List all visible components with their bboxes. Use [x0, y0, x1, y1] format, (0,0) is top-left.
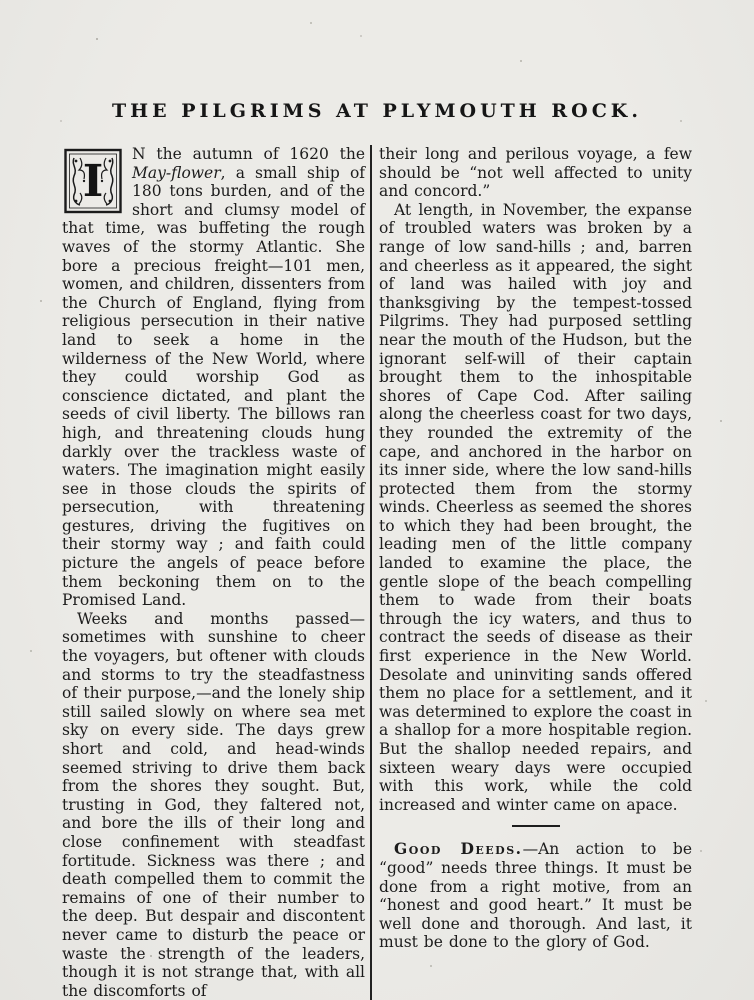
paragraph-1-lead: N the autumn of 1620 the [132, 145, 365, 163]
left-column: I N the autumn of 1620 the May-flower, a… [62, 145, 365, 1000]
ornate-dropcap-initial: I [62, 147, 124, 215]
paragraph-1: I N the autumn of 1620 the May-flower, a… [62, 145, 365, 610]
paragraph-5-good-deeds: Good Deeds.—An action to be “good” needs… [379, 840, 692, 952]
paragraph-4: At length, in November, the expanse of t… [379, 201, 692, 815]
good-deeds-heading: Good Deeds. [394, 839, 523, 858]
book-page: THE PILGRIMS AT PLYMOUTH ROCK. [0, 0, 754, 1000]
paragraph-2: Weeks and months passed—sometimes with s… [62, 610, 365, 1000]
section-divider-rule [512, 825, 560, 827]
paragraph-3-continuation: their long and perilous voyage, a few sh… [379, 145, 692, 201]
right-column: their long and perilous voyage, a few sh… [379, 145, 692, 1000]
page-title: THE PILGRIMS AT PLYMOUTH ROCK. [62, 100, 692, 122]
paragraph-1-body: , a small ship of 180 tons burden, and o… [62, 164, 365, 610]
two-column-layout: I N the autumn of 1620 the May-flower, a… [62, 145, 692, 1000]
dropcap-engraving-icon: I [62, 147, 124, 215]
column-divider-rule [370, 145, 372, 1000]
ship-name-italic: May-flower [132, 164, 221, 182]
dropcap-letter: I [83, 156, 104, 207]
